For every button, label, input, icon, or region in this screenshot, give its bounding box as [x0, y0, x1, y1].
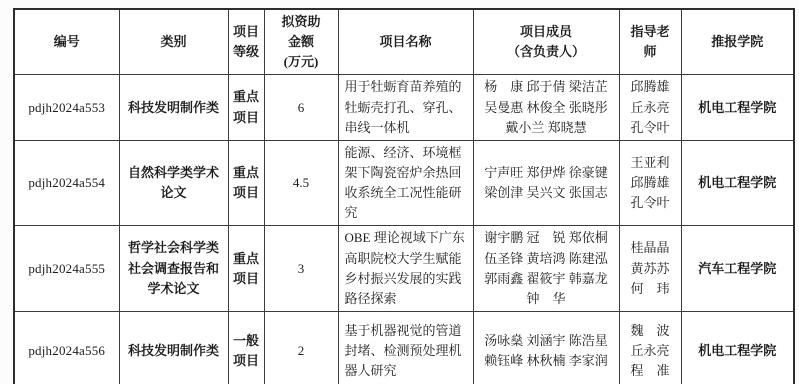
level-cell: 重点 项目 [228, 75, 264, 140]
project-name-cell: 用于牡蛎育苗养殖的牡蛎壳打孔、穿孔、串线一体机 [338, 75, 473, 140]
category-cell: 自然科学类学术论文 [119, 140, 228, 226]
project-name-cell: 能源、经济、环境框架下陶瓷窑炉余热回收系统全工况性能研究 [338, 140, 473, 226]
level-cell: 一般 项目 [228, 311, 264, 384]
project-funding-table: 编号 类别 项目 等级 拟资助 金额 (万元) 项目名称 项目成员 （含负责人）… [13, 8, 795, 384]
header-category: 类别 [119, 9, 228, 75]
project-name-cell: OBE 理论视域下广东高职院校大学生赋能乡村振兴发展的实践路径探索 [338, 226, 473, 312]
amount-cell: 2 [264, 311, 338, 384]
level-cell: 重点 项目 [228, 140, 264, 226]
table-row: pdjh2024a556 科技发明制作类 一般 项目 2 基于机器视觉的管道封堵… [14, 311, 794, 384]
header-id: 编号 [14, 9, 119, 75]
header-college: 推报学院 [681, 9, 794, 75]
members-cell: 杨 康 邱于倩 梁洁芷 吴曼惠 林俊全 张晓彤 戴小兰 郑晓慧 [473, 75, 619, 140]
project-id-cell: pdjh2024a555 [14, 226, 119, 312]
table-row: pdjh2024a555 哲学社会科学类社会调查报告和学术论文 重点 项目 3 … [14, 226, 794, 312]
project-id-cell: pdjh2024a554 [14, 140, 119, 226]
advisors-cell: 魏 波 丘永亮 程 准 [619, 311, 681, 384]
advisors-cell: 王亚利 邱腾雄 孔令叶 [619, 140, 681, 226]
members-cell: 谢宇鹏 冠 锐 郑依桐 伍圣锋 黄培鸿 陈建泓 郭雨鑫 翟筱宇 韩嘉龙 钟 华 [473, 226, 619, 312]
college-cell: 汽车工程学院 [681, 226, 794, 312]
amount-cell: 6 [264, 75, 338, 140]
advisors-cell: 桂晶晶 黄苏苏 何 玮 [619, 226, 681, 312]
table-row: pdjh2024a554 自然科学类学术论文 重点 项目 4.5 能源、经济、环… [14, 140, 794, 226]
header-members: 项目成员 （含负责人） [473, 9, 619, 75]
amount-cell: 4.5 [264, 140, 338, 226]
amount-cell: 3 [264, 226, 338, 312]
category-cell: 哲学社会科学类社会调查报告和学术论文 [119, 226, 228, 312]
members-cell: 汤咏燊 刘涵宇 陈浩星 赖钰峰 林秋楠 李家润 [473, 311, 619, 384]
header-level: 项目 等级 [228, 9, 264, 75]
members-cell: 宁声旺 郑伊烨 徐豪键 梁创津 吴兴文 张国志 [473, 140, 619, 226]
table-row: pdjh2024a553 科技发明制作类 重点 项目 6 用于牡蛎育苗养殖的牡蛎… [14, 75, 794, 140]
project-name-cell: 基于机器视觉的管道封堵、检测预处理机器人研究 [338, 311, 473, 384]
header-amount: 拟资助 金额 (万元) [264, 9, 338, 75]
header-advisor: 指导老 师 [619, 9, 681, 75]
college-cell: 机电工程学院 [681, 311, 794, 384]
project-id-cell: pdjh2024a553 [14, 75, 119, 140]
project-id-cell: pdjh2024a556 [14, 311, 119, 384]
advisors-cell: 邱腾雄 丘永亮 孔令叶 [619, 75, 681, 140]
category-cell: 科技发明制作类 [119, 311, 228, 384]
header-project-name: 项目名称 [338, 9, 473, 75]
header-row: 编号 类别 项目 等级 拟资助 金额 (万元) 项目名称 项目成员 （含负责人）… [14, 9, 794, 75]
level-cell: 重点 项目 [228, 226, 264, 312]
category-cell: 科技发明制作类 [119, 75, 228, 140]
college-cell: 机电工程学院 [681, 140, 794, 226]
college-cell: 机电工程学院 [681, 75, 794, 140]
